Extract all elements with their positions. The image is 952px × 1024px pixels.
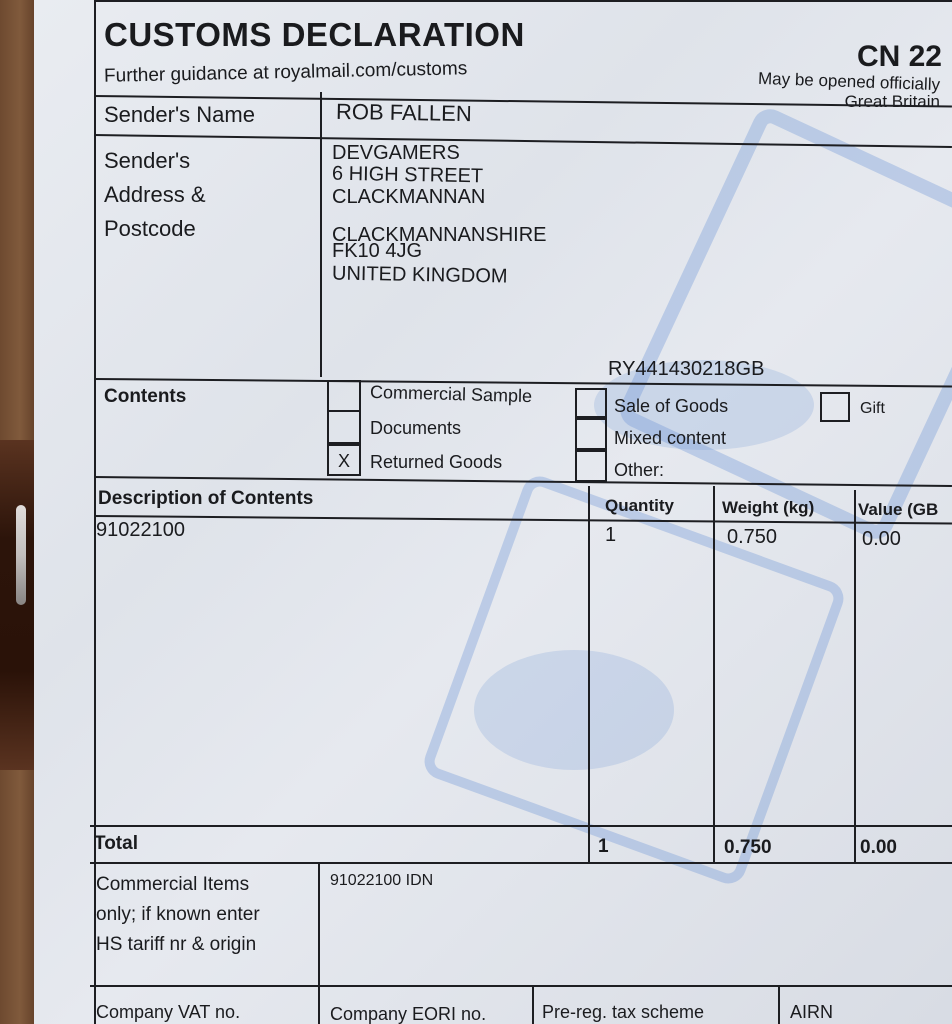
light-reflection: [16, 505, 26, 605]
company-vat-field[interactable]: Company VAT no.: [96, 1002, 240, 1023]
weight-column-line: [713, 486, 715, 864]
total-value: 0.00: [860, 837, 897, 859]
guidance-text: Further guidance at royalmail.com/custom…: [104, 58, 468, 88]
weight-header: Weight (kg): [722, 498, 814, 518]
country-text: Great Britain: [845, 92, 940, 112]
contents-divider: [94, 476, 952, 487]
label-documents: Documents: [370, 418, 461, 439]
checkbox-documents[interactable]: [327, 410, 361, 444]
footer-divider-1: [532, 986, 534, 1024]
row-weight[interactable]: 0.750: [727, 526, 777, 548]
label-mixed-content: Mixed content: [614, 428, 726, 449]
total-label: Total: [94, 833, 138, 855]
checkbox-sale-of-goods[interactable]: [575, 388, 607, 418]
commercial-bottom-divider: [90, 985, 952, 987]
contents-label: Contents: [104, 386, 186, 408]
row-quantity[interactable]: 1: [605, 524, 616, 546]
form-top-border: [94, 0, 952, 2]
label-sale-of-goods: Sale of Goods: [614, 396, 728, 417]
label-returned-goods: Returned Goods: [370, 452, 502, 473]
checkbox-returned-goods[interactable]: X: [327, 444, 361, 476]
description-header: Description of Contents: [98, 488, 313, 510]
checkbox-mixed-content[interactable]: [575, 418, 607, 450]
pre-reg-tax-scheme-field[interactable]: Pre-reg. tax scheme: [542, 1002, 704, 1023]
hs-tariff-value[interactable]: 91022100 IDN: [330, 872, 433, 890]
value-column-line: [854, 490, 856, 864]
row-description[interactable]: 91022100: [96, 519, 185, 541]
sender-name-divider: [94, 134, 952, 148]
sender-name-label: Sender's Name: [104, 102, 255, 128]
checkbox-other[interactable]: [575, 450, 607, 482]
value-header: Value (GB: [858, 500, 938, 520]
company-eori-field[interactable]: Company EORI no.: [330, 1004, 486, 1024]
label-commercial-sample: Commercial Sample: [370, 382, 533, 407]
total-bottom-divider: [90, 862, 952, 864]
table-header-divider: [94, 515, 952, 524]
checkbox-gift[interactable]: [820, 392, 850, 422]
cn22-form: CUSTOMS DECLARATION Further guidance at …: [90, 0, 952, 1024]
commercial-column-line: [318, 862, 320, 1024]
row-value[interactable]: 0.00: [862, 528, 901, 550]
form-code: CN 22: [857, 40, 942, 74]
airn-field[interactable]: AIRN: [790, 1002, 833, 1023]
quantity-column-line: [588, 486, 590, 864]
checkbox-commercial-sample[interactable]: [327, 380, 361, 412]
sender-name-value[interactable]: ROB FALLEN: [336, 99, 472, 127]
form-left-border: [94, 0, 96, 1024]
label-gift: Gift: [860, 400, 885, 418]
form-title: CUSTOMS DECLARATION: [104, 16, 525, 54]
tracking-number[interactable]: RY441430218GB: [608, 358, 764, 380]
total-quantity: 1: [598, 836, 609, 858]
sender-column-divider: [320, 92, 322, 377]
label-other: Other:: [614, 460, 664, 481]
footer-divider-2: [778, 986, 780, 1024]
total-top-divider: [90, 825, 952, 827]
total-weight: 0.750: [724, 837, 772, 859]
quantity-header: Quantity: [605, 496, 674, 516]
